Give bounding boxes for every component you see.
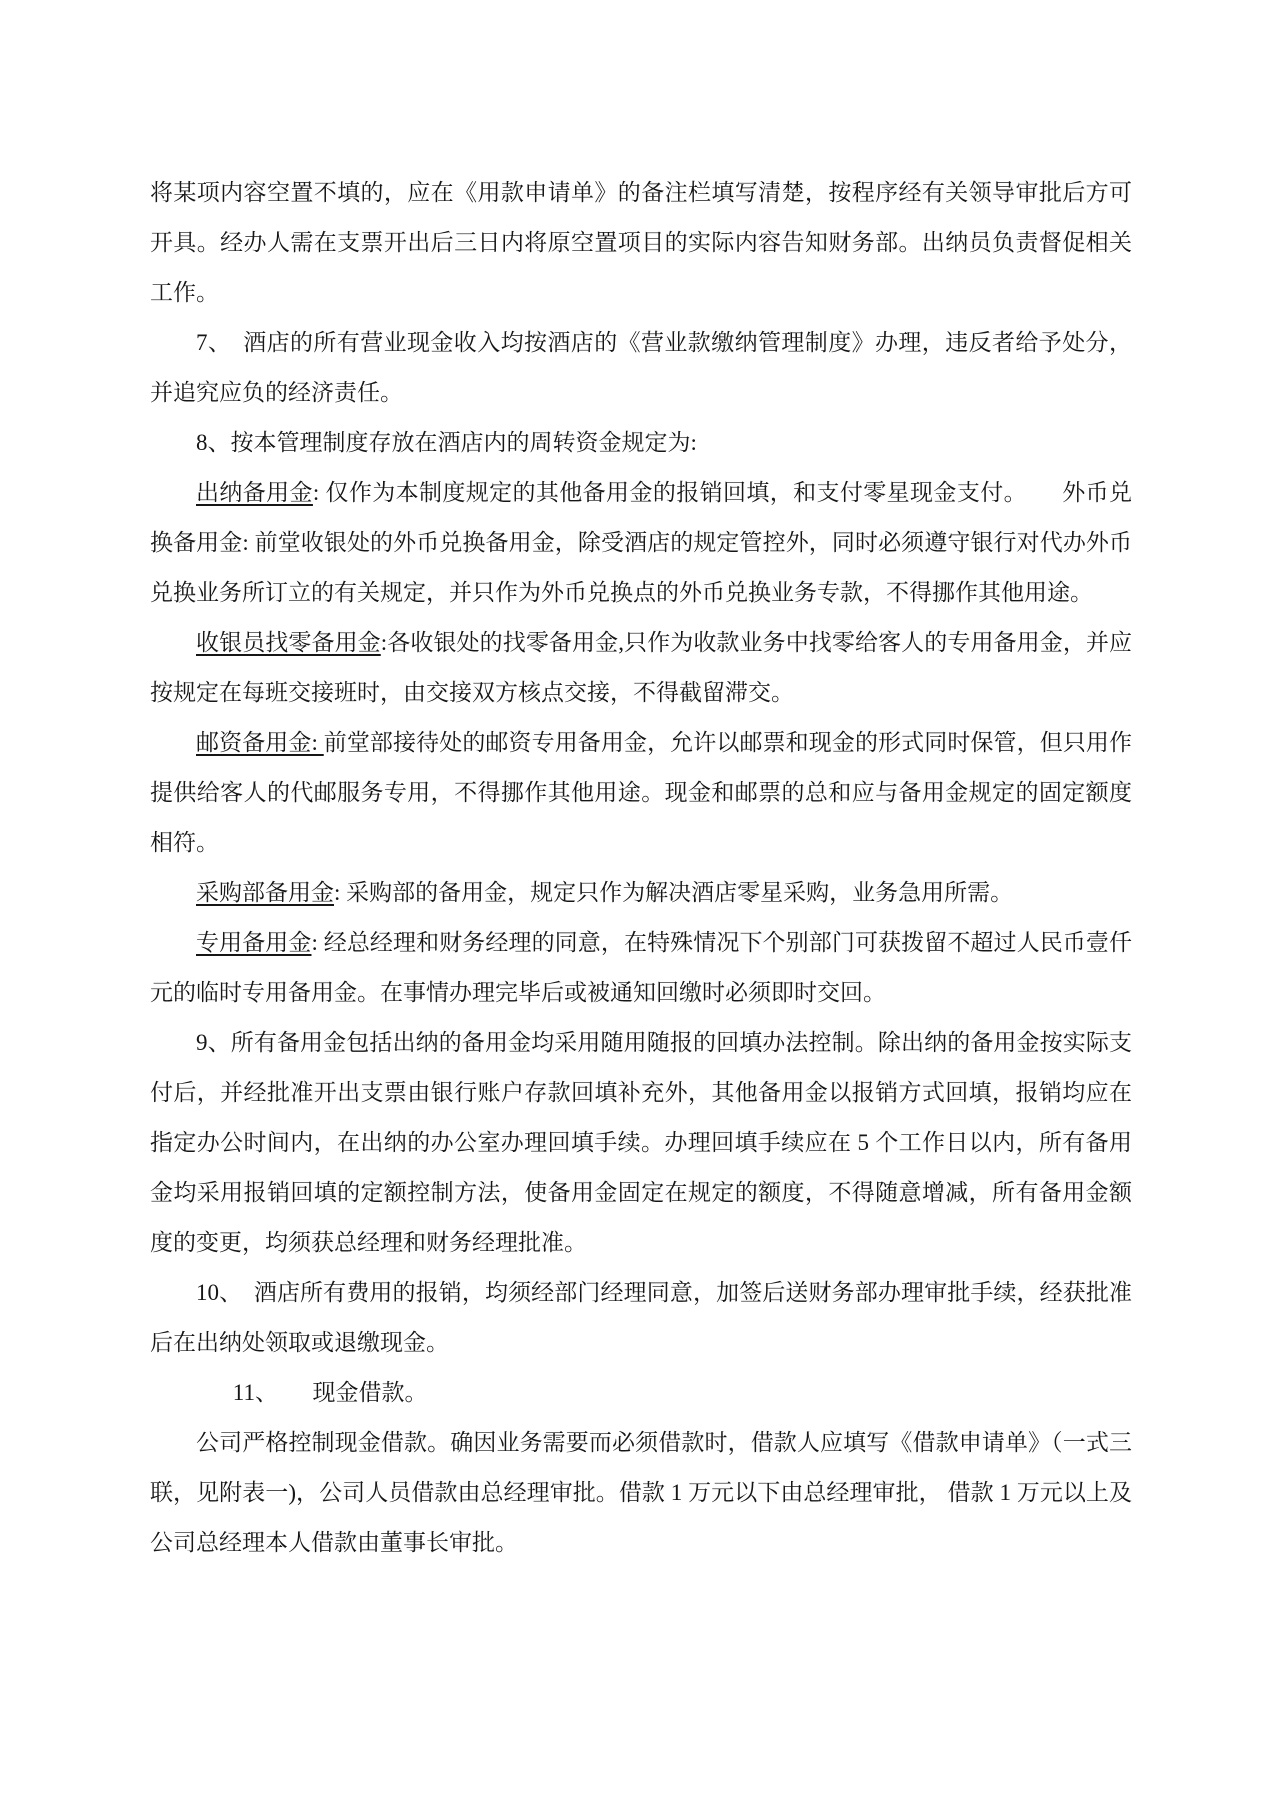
- para-purchasing-float: 采购部备用金: 采购部的备用金，规定只作为解决酒店零星采购，业务急用所需。: [150, 868, 1132, 918]
- para-item-7-operating-cash-income: 7、 酒店的所有营业现金收入均按酒店的《营业款缴纳管理制度》办理，违反者给予处分…: [150, 318, 1132, 418]
- para-special-float: 专用备用金: 经总经理和财务经理的同意，在特殊情况下个别部门可获拨留不超过人民币…: [150, 918, 1132, 1018]
- para-item-10-expense-reimbursement: 10、 酒店所有费用的报销，均须经部门经理同意，加签后送财务部办理审批手续，经获…: [150, 1268, 1132, 1368]
- term-cashier-change-float-label: 收银员找零备用金: [196, 630, 381, 655]
- paragraph-text: : 采购部的备用金，规定只作为解决酒店零星采购，业务急用所需。: [334, 880, 1013, 905]
- document-page: 将某项内容空置不填的，应在《用款申请单》的备注栏填写清楚，按程序经有关领导审批后…: [0, 0, 1280, 1811]
- term-cashier-petty-cash-label: 出纳备用金: [196, 480, 313, 505]
- para-item-8-working-capital-intro: 8、按本管理制度存放在酒店内的周转资金规定为:: [150, 418, 1132, 468]
- para-cashier-petty-cash: 出纳备用金: 仅作为本制度规定的其他备用金的报销回填，和支付零星现金支付。 外币…: [150, 468, 1132, 618]
- para-item-9-float-replenishment: 9、所有备用金包括出纳的备用金均采用随用随报的回填办法控制。除出纳的备用金按实际…: [150, 1018, 1132, 1268]
- term-special-float-label: 专用备用金: [196, 930, 311, 955]
- para-postage-float: 邮资备用金: 前堂部接待处的邮资专用备用金，允许以邮票和现金的形式同时保管，但只…: [150, 718, 1132, 868]
- para-cash-loan-policy: 公司严格控制现金借款。确因业务需要而必须借款时，借款人应填写《借款申请单》（一式…: [150, 1418, 1132, 1568]
- term-purchasing-float-label: 采购部备用金: [196, 880, 334, 905]
- para-item-11-cash-loan-heading: 11、 现金借款。: [150, 1368, 1132, 1418]
- para-cheque-blank-items-continuation: 将某项内容空置不填的，应在《用款申请单》的备注栏填写清楚，按程序经有关领导审批后…: [150, 168, 1132, 318]
- term-postage-float-label: 邮资备用金:: [196, 730, 324, 755]
- para-cashier-change-float: 收银员找零备用金:各收银处的找零备用金,只作为收款业务中找零给客人的专用备用金，…: [150, 618, 1132, 718]
